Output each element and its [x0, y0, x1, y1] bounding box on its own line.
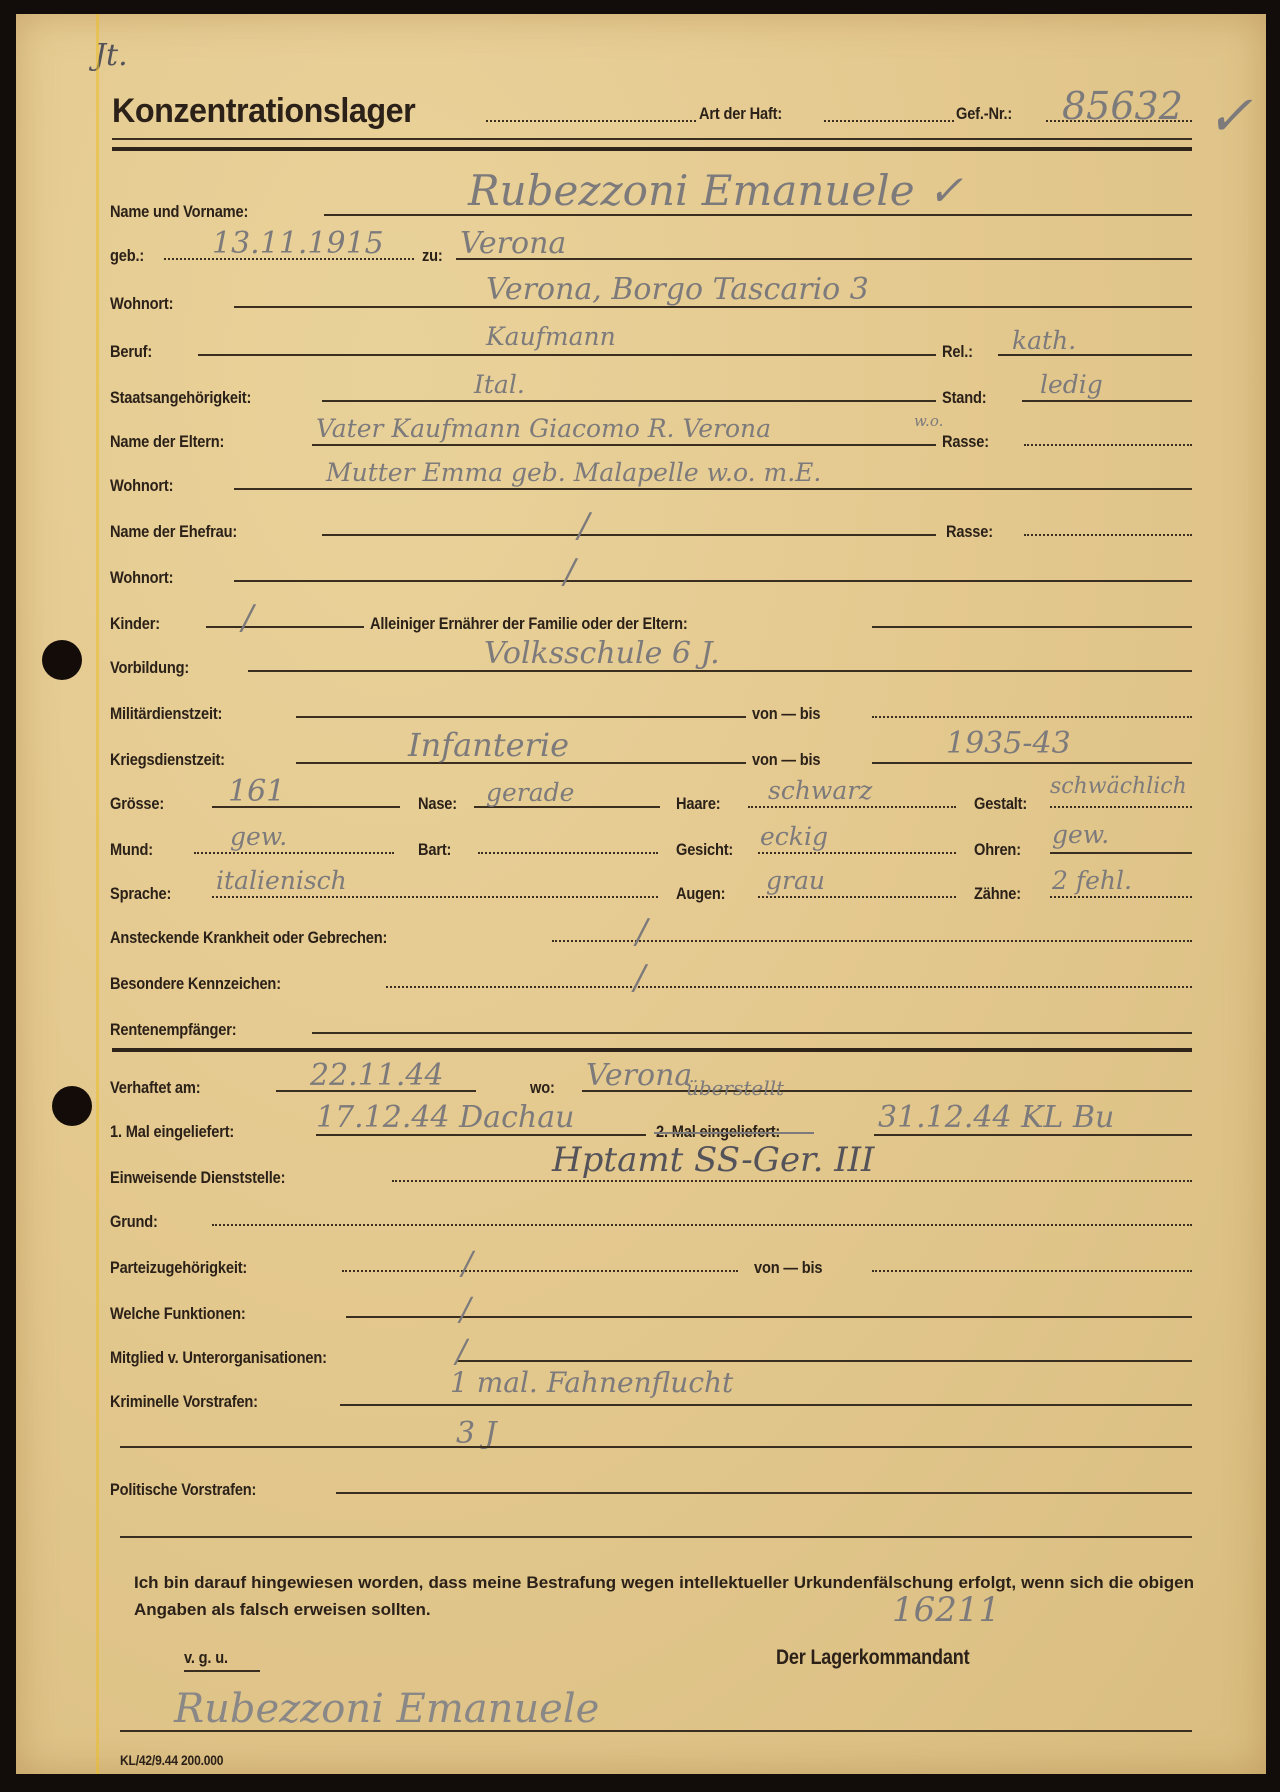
- staatsangehoerigkeit-label: Staatsangehörigkeit:: [110, 388, 251, 408]
- staatsangehoerigkeit-value: Ital.: [474, 370, 525, 399]
- kriegsdienstzeit-von-bis-value: 1935-43: [946, 726, 1071, 761]
- gesicht-label: Gesicht:: [676, 840, 733, 860]
- gesicht-value: eckig: [760, 822, 828, 851]
- wo-label: wo:: [530, 1078, 555, 1098]
- kinder-label: Kinder:: [110, 614, 160, 634]
- krankheit-value: /: [636, 912, 647, 952]
- corner-note: Jt.: [94, 38, 128, 73]
- krankheit-label: Ansteckende Krankheit oder Gebrechen:: [110, 928, 387, 948]
- art-der-haft-label: Art der Haft:: [699, 104, 782, 124]
- ehefrau-value: /: [578, 506, 589, 546]
- beruf-label: Beruf:: [110, 342, 152, 362]
- wo-value: Verona: [586, 1058, 692, 1093]
- grund-label: Grund:: [110, 1212, 158, 1232]
- mitglied-value: /: [456, 1332, 467, 1370]
- kommandant-label: Der Lagerkommandant: [776, 1646, 969, 1670]
- mal2-value: 31.12.44 KL Bu: [878, 1100, 1114, 1135]
- zaehne-value: 2 fehl.: [1052, 866, 1132, 895]
- kriminell-value: 1 mal. Fahnenflucht: [450, 1366, 733, 1399]
- form-title: Konzentrationslager: [112, 92, 415, 131]
- funktionen-label: Welche Funktionen:: [110, 1304, 246, 1324]
- beruf-value: Kaufmann: [486, 322, 616, 351]
- mund-label: Mund:: [110, 840, 153, 860]
- kriegsdienstzeit-value: Infanterie: [408, 726, 569, 764]
- rel-label: Rel.:: [942, 342, 973, 362]
- wohnort-label: Wohnort:: [110, 294, 173, 314]
- stand-label: Stand:: [942, 388, 986, 408]
- gef-nr-label: Gef.-Nr.:: [956, 104, 1012, 124]
- kinder-value: /: [242, 598, 253, 638]
- haare-value: schwarz: [768, 776, 872, 805]
- ehefrau-wohnort-value: /: [564, 552, 575, 592]
- name-label: Name und Vorname:: [110, 202, 248, 222]
- checkmark-icon: ✓: [1206, 84, 1253, 149]
- funktionen-value: /: [460, 1290, 471, 1328]
- von-bis-label: von — bis: [754, 1258, 822, 1278]
- rentenempfaenger-label: Rentenempfänger:: [110, 1020, 236, 1040]
- verhaftet-label: Verhaftet am:: [110, 1078, 200, 1098]
- ohren-value: gew.: [1052, 820, 1109, 849]
- partei-value: /: [462, 1244, 473, 1282]
- haare-label: Haare:: [676, 794, 720, 814]
- declaration-text: Ich bin darauf hingewiesen worden, dass …: [134, 1569, 1194, 1623]
- rel-value: kath.: [1012, 326, 1076, 355]
- eltern-wohnort-label: Wohnort:: [110, 476, 173, 496]
- vgu-label: v. g. u.: [184, 1648, 228, 1668]
- nase-value: gerade: [486, 778, 574, 807]
- mal1-label: 1. Mal eingeliefert:: [110, 1122, 234, 1142]
- ehefrau-label: Name der Ehefrau:: [110, 522, 237, 542]
- vorbildung-value: Volksschule 6 J.: [484, 636, 720, 671]
- gestalt-value: schwächlich: [1050, 774, 1187, 799]
- zu-value: Verona: [460, 226, 566, 261]
- name-value: Rubezzoni Emanuele ✓: [468, 166, 963, 215]
- geb-label: geb.:: [110, 246, 144, 266]
- eltern-note: w.o.: [914, 412, 943, 430]
- eltern-wohnort-value: Mutter Emma geb. Malapelle w.o. m.E.: [326, 458, 821, 487]
- politisch-label: Politische Vorstrafen:: [110, 1480, 256, 1500]
- augen-label: Augen:: [676, 884, 725, 904]
- punch-hole: [52, 1086, 92, 1126]
- sprache-value: italienisch: [216, 866, 347, 895]
- von-bis-label: von — bis: [752, 750, 820, 770]
- zaehne-label: Zähne:: [974, 884, 1021, 904]
- punch-hole: [42, 640, 82, 680]
- mitglied-label: Mitglied v. Unterorganisationen:: [110, 1348, 327, 1368]
- number-note: 16211: [892, 1590, 1000, 1630]
- ohren-label: Ohren:: [974, 840, 1021, 860]
- sprache-label: Sprache:: [110, 884, 171, 904]
- ehefrau-rasse-label: Rasse:: [946, 522, 993, 542]
- partei-label: Parteizugehörigkeit:: [110, 1258, 247, 1278]
- kriegsdienstzeit-label: Kriegsdienstzeit:: [110, 750, 225, 770]
- kennzeichen-label: Besondere Kennzeichen:: [110, 974, 281, 994]
- dienststelle-label: Einweisende Dienststelle:: [110, 1168, 285, 1188]
- rasse-label: Rasse:: [942, 432, 989, 452]
- kennzeichen-value: /: [634, 958, 645, 998]
- augen-value: grau: [766, 866, 825, 895]
- verhaftet-value: 22.11.44: [310, 1058, 444, 1093]
- document-page: Jt. Konzentrationslager Art der Haft: Ge…: [16, 14, 1266, 1774]
- mund-value: gew.: [230, 822, 287, 851]
- groesse-value: 161: [228, 774, 285, 809]
- eltern-label: Name der Eltern:: [110, 432, 224, 452]
- eltern-value: Vater Kaufmann Giacomo R. Verona: [316, 414, 771, 443]
- groesse-label: Grösse:: [110, 794, 164, 814]
- ehefrau-wohnort-label: Wohnort:: [110, 568, 173, 588]
- ernaehrer-label: Alleiniger Ernährer der Familie oder der…: [370, 614, 688, 634]
- gef-nr-value: 85632: [1062, 84, 1183, 128]
- form-code: KL/42/9.44 200.000: [120, 1752, 223, 1768]
- wohnort-value: Verona, Borgo Tascario 3: [486, 272, 869, 307]
- gestalt-label: Gestalt:: [974, 794, 1027, 814]
- mal1-value: 17.12.44 Dachau: [316, 1100, 574, 1135]
- bart-label: Bart:: [418, 840, 451, 860]
- vorbildung-label: Vorbildung:: [110, 658, 189, 678]
- dienststelle-value: Hptamt SS-Ger. III: [552, 1140, 875, 1180]
- stand-value: ledig: [1040, 370, 1103, 399]
- kriminell-label: Kriminelle Vorstrafen:: [110, 1392, 258, 1412]
- zu-label: zu:: [422, 246, 443, 266]
- nase-label: Nase:: [418, 794, 457, 814]
- signature: Rubezzoni Emanuele: [174, 1686, 599, 1732]
- militaerdienstzeit-label: Militärdienstzeit:: [110, 704, 222, 724]
- von-bis-label: von — bis: [752, 704, 820, 724]
- geb-value: 13.11.1915: [212, 226, 384, 261]
- mal2-note: überstellt: [686, 1076, 784, 1100]
